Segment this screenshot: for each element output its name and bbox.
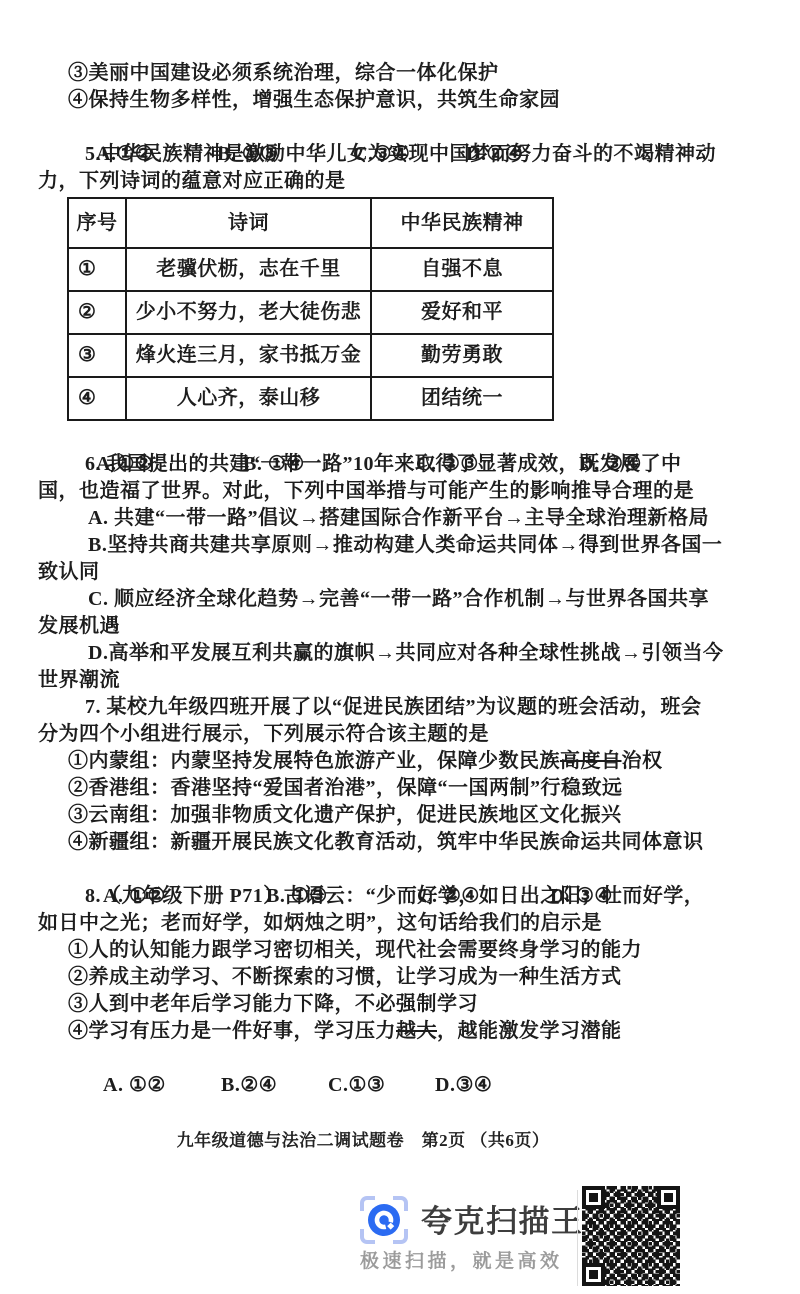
- q8-item-3: ③人到中老年后学习能力下降，不必强制学习: [68, 991, 800, 1018]
- q7-stem-line1: 7. 某校九年级四班开展了以“促进民族团结”为议题的班会活动，班会: [85, 694, 800, 721]
- qr-finder-icon: [582, 1186, 605, 1209]
- q6-option-c-line1: C. 顺应经济全球化趋势→完善“一带一路”合作机制→与世界各国共享: [88, 586, 800, 613]
- table-cell: ③: [68, 334, 126, 377]
- table-cell: 烽火连三月，家书抵万金: [126, 334, 371, 377]
- q6-option-d-line2: 世界潮流: [38, 667, 800, 694]
- q7-item-1: ①内蒙组：内蒙坚持发展特色旅游产业，保障少数民族高度自治权: [68, 748, 800, 775]
- banner-divider: [577, 1190, 578, 1286]
- table-row: ② 少小不努力，老大徒伤悲 爱好和平: [68, 291, 553, 334]
- q8-answer-options-row: A. ①②B.②④C.①③D.③④: [70, 1045, 800, 1072]
- table-cell: ④: [68, 377, 126, 420]
- q6-option-b-line2: 致认同: [38, 559, 800, 586]
- q8-option-a: A. ①②: [103, 1072, 221, 1099]
- table-cell: 团结统一: [371, 377, 553, 420]
- table-row: ④ 人心齐，泰山移 团结统一: [68, 377, 553, 420]
- q4-item-4: ④保持生物多样性，增强生态保护意识，共筑生命家园: [68, 87, 800, 114]
- table-cell: 勤劳勇敢: [371, 334, 553, 377]
- q8-item-1: ①人的认知能力跟学习密切相关，现代社会需要终身学习的能力: [68, 937, 800, 964]
- table-cell: ①: [68, 248, 126, 291]
- scanned-exam-page: ③美丽中国建设必须系统治理，综合一体化保护 ④保持生物多样性，增强生态保护意识，…: [0, 0, 800, 1294]
- table-cell: 爱好和平: [371, 291, 553, 334]
- page-footer: 九年级道德与法治二调试题卷 第2页 （共6页）: [0, 1126, 726, 1151]
- q4-item-3: ③美丽中国建设必须系统治理，综合一体化保护: [68, 60, 800, 87]
- q7-item-1-tail: 治权: [622, 750, 663, 772]
- q7-item-3: ③云南组：加强非物质文化遗产保护，促进民族地区文化振兴: [68, 802, 800, 829]
- q8-stem-line2: 如日中之光；老而好学，如炳烛之明”，这句话给我们的启示是: [38, 910, 800, 937]
- q7-item-1-text: ①内蒙组：内蒙坚持发展特色旅游产业，保障少数民族: [68, 750, 560, 772]
- q6-option-c-line2: 发展机遇: [38, 613, 800, 640]
- exam-body: ③美丽中国建设必须系统治理，综合一体化保护 ④保持生物多样性，增强生态保护意识，…: [0, 60, 800, 1072]
- qr-code: [582, 1186, 680, 1286]
- q6-stem-line2: 国，也造福了世界。对此，下列中国举措与可能产生的影响推导合理的是: [38, 478, 800, 505]
- q7-item-1-struck-text: 高度自: [560, 750, 622, 772]
- q5-table-header-spirit: 中华民族精神: [371, 198, 553, 248]
- table-cell: ②: [68, 291, 126, 334]
- q7-stem-line2: 分为四个小组进行展示，下列展示符合该主题的是: [38, 721, 800, 748]
- qr-finder-icon: [657, 1186, 680, 1209]
- q6-option-a: A. 共建“一带一路”倡议→搭建国际合作新平台→主导全球治理新格局: [88, 505, 800, 532]
- q6-option-d-line1: D.高举和平发展互利共赢的旗帜→共同应对各种全球性挑战→引领当今: [88, 640, 800, 667]
- q5-table: 序号 诗词 中华民族精神 ① 老骥伏枥，志在千里 自强不息 ② 少小不努力，老大…: [67, 197, 554, 421]
- q5-stem-line2: 力，下列诗词的蕴意对应正确的是: [38, 168, 800, 195]
- quark-circle-icon: [368, 1204, 400, 1236]
- q8-option-d: D.③④: [435, 1072, 492, 1099]
- q5-stem-line1: 5.中华民族精神是激励中华儿女为实现中国梦而努力奋斗的不竭精神动: [85, 141, 800, 168]
- q8-option-c: C.①③: [328, 1072, 435, 1099]
- q6-stem-line1: 6. 我国提出的共建“一带一路”10年来取得了显著成效，既发展了中: [85, 451, 800, 478]
- q5-table-header-row: 序号 诗词 中华民族精神: [68, 198, 553, 248]
- q7-item-2: ②香港组：香港坚持“爱国者治港”，保障“一国两制”行稳致远: [68, 775, 800, 802]
- table-cell: 老骥伏枥，志在千里: [126, 248, 371, 291]
- scanner-banner: 夸克扫描王 极速扫描，就是高效: [0, 1180, 800, 1294]
- q7-item-4: ④新疆组：新疆开展民族文化教育活动，筑牢中华民族命运共同体意识: [68, 829, 800, 856]
- q4-answer-options-row: A.①②B. ①③C.③④D.②④: [63, 114, 800, 141]
- q8-item-4: ④学习有压力是一件好事，学习压力越大，越能激发学习潜能: [68, 1018, 800, 1045]
- qr-finder-icon: [582, 1263, 605, 1286]
- q8-stem-line1: 8.（九年级下册 P71）古语云：“少而好学，如日出之阳；壮而好学，: [85, 883, 800, 910]
- q5-table-header-index: 序号: [68, 198, 126, 248]
- table-row: ① 老骥伏枥，志在千里 自强不息: [68, 248, 553, 291]
- table-cell: 自强不息: [371, 248, 553, 291]
- table-cell: 少小不努力，老大徒伤悲: [126, 291, 371, 334]
- q5-answer-options-row: A.①②B. ①④C. ②③D. ③④: [63, 424, 800, 451]
- quark-scan-logo-icon: [360, 1196, 408, 1244]
- q7-answer-options-row: A. ①②B. ①③C. ②④D. ③④: [70, 856, 800, 883]
- scanner-tagline: 极速扫描，就是高效: [360, 1246, 563, 1273]
- scanner-app-name: 夸克扫描王: [421, 1196, 584, 1241]
- q8-option-b: B.②④: [221, 1072, 328, 1099]
- table-row: ③ 烽火连三月，家书抵万金 勤劳勇敢: [68, 334, 553, 377]
- table-cell: 人心齐，泰山移: [126, 377, 371, 420]
- q8-item-4-struck-text: 越大: [396, 1020, 437, 1042]
- q8-item-4-tail: ，越能激发学习潜能: [437, 1020, 622, 1042]
- q8-item-2: ②养成主动学习、不断探索的习惯，让学习成为一种生活方式: [68, 964, 800, 991]
- q5-table-header-poem: 诗词: [126, 198, 371, 248]
- q6-option-b-line1: B.坚持共商共建共享原则→推动构建人类命运共同体→得到世界各国一: [88, 532, 800, 559]
- q8-item-4-text: ④学习有压力是一件好事，学习压力: [68, 1020, 396, 1042]
